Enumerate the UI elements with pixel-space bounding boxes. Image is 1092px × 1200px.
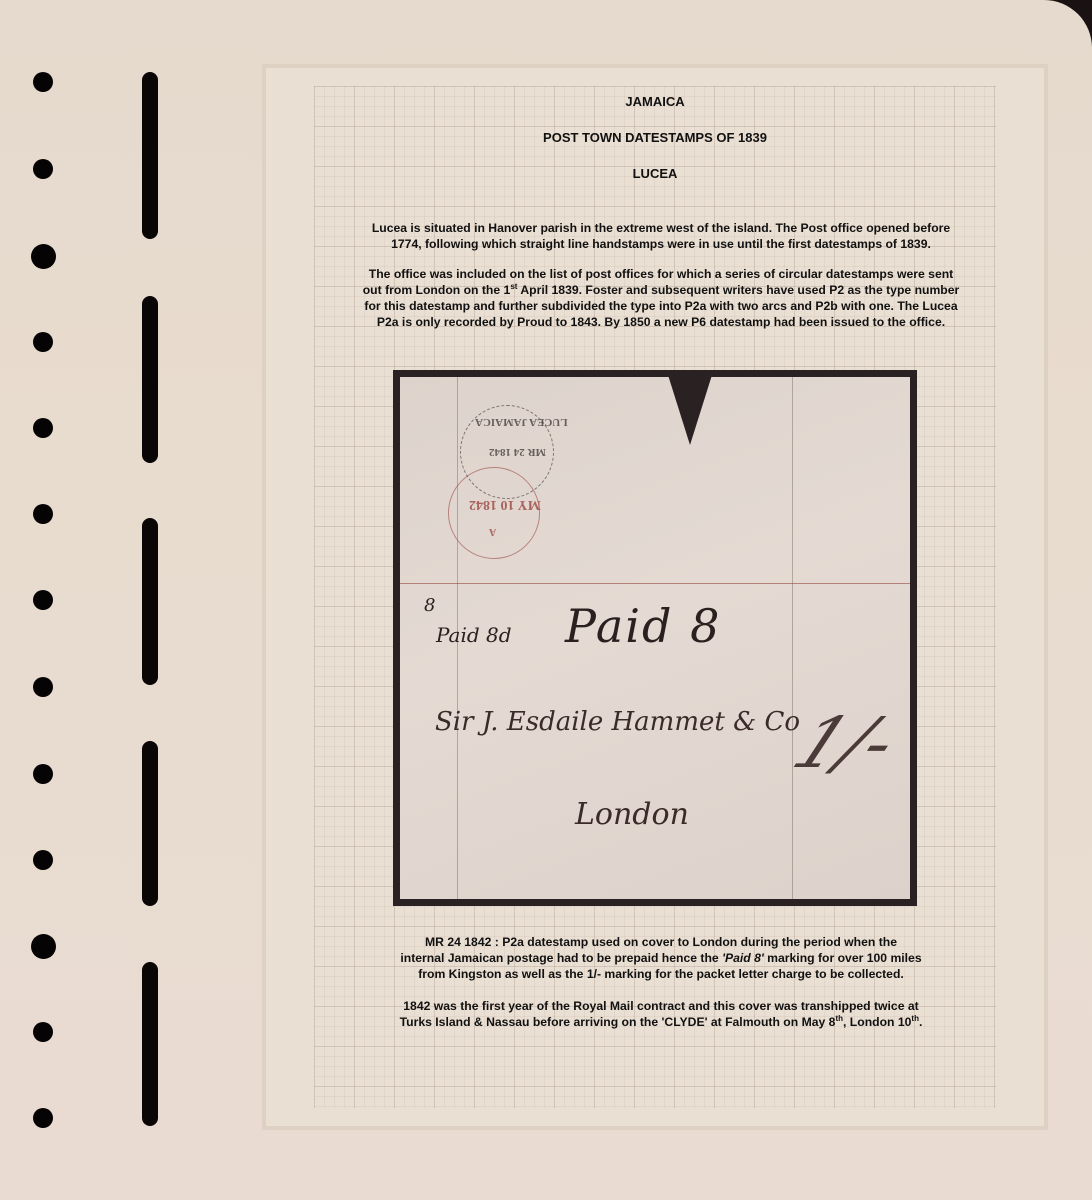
town-heading: LUCEA [266,166,1044,181]
manuscript-rate: 8 [424,595,435,616]
exhibit-frame: JAMAICA POST TOWN DATESTAMPS OF 1839 LUC… [262,64,1048,1130]
caption-paragraph-2: 1842 was the first year of the Royal Mai… [351,998,971,1030]
binder-hole-icon [33,1108,53,1128]
binder-hole-icon [33,418,53,438]
packet-charge-mark: 1/- [781,702,910,784]
page-title: JAMAICA [266,94,1044,109]
binder-hole-icon [31,934,56,959]
manuscript-paid-large: Paid 8 [565,599,721,653]
page-subtitle: POST TOWN DATESTAMPS OF 1839 [266,130,1044,145]
cover-flap-notch [668,377,712,445]
cover-mount: LUCEA JAMAICA MR 24 1842 MY 10 1842 A 8 … [393,370,917,906]
binder-hole-icon [31,244,56,269]
manuscript-paid-small: Paid 8d [436,623,512,647]
binder-slot-icon [142,296,158,463]
address-line-2: London [575,797,689,832]
intro-paragraph-2: The office was included on the list of p… [346,266,976,330]
binder-hole-icon [33,504,53,524]
binder-hole-icon [33,850,53,870]
postal-cover-image: LUCEA JAMAICA MR 24 1842 MY 10 1842 A 8 … [400,377,910,899]
binder-hole-icon [33,332,53,352]
binder-hole-icon [33,1022,53,1042]
intro-paragraph-1: Lucea is situated in Hanover parish in t… [346,220,976,252]
binder-hole-icon [33,677,53,697]
binder-slot-icon [142,72,158,239]
binder-hole-icon [33,72,53,92]
binder-slot-icon [142,741,158,906]
london-arrival-mark: MY 10 1842 A [448,467,540,559]
binder-hole-icon [33,764,53,784]
binder-hole-icon [33,159,53,179]
binder-hole-icon [33,590,53,610]
album-page: JAMAICA POST TOWN DATESTAMPS OF 1839 LUC… [0,0,1092,1200]
address-line-1: Sir J. Esdaile Hammet & Co [435,707,800,737]
caption-paragraph-1: MR 24 1842 : P2a datestamp used on cover… [381,934,941,982]
binder-slot-icon [142,518,158,685]
binder-slot-icon [142,962,158,1126]
